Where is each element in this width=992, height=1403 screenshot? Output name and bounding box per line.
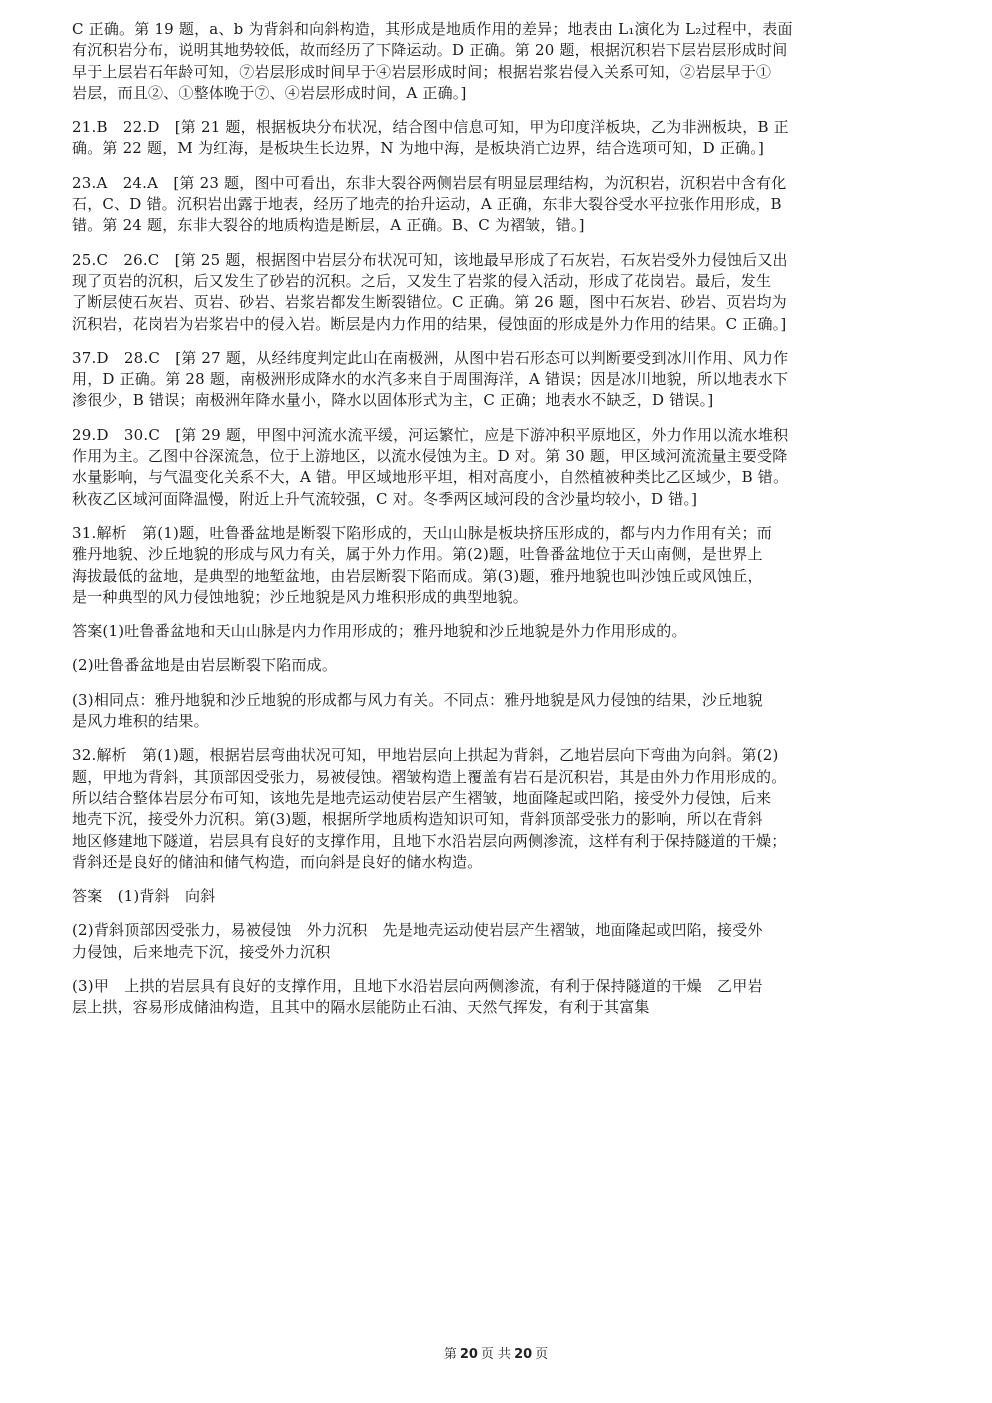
total-pages-number: 20: [514, 1347, 532, 1362]
text-line: 现了页岩的沉积，后又发生了砂岩的沉积。之后，又发生了岩浆的侵入活动，形成了花岗岩…: [72, 271, 880, 292]
footer-mid: 页 共: [481, 1347, 511, 1362]
text-line: 21.B 22.D [第 21 题，根据板块分布状况，结合图中信息可知，甲为印度…: [72, 117, 880, 138]
text-line: 有沉积岩分布，说明其地势较低，故而经历了下降运动。D 正确。第 20 题，根据沉…: [72, 40, 880, 61]
current-page-number: 20: [460, 1347, 478, 1362]
text-line: 是风力堆积的结果。: [72, 711, 880, 732]
text-line: (3)相同点：雅丹地貌和沙丘地貌的形成都与风力有关。不同点：雅丹地貌是风力侵蚀的…: [72, 690, 880, 711]
paragraph-q32-answer-2: (2)背斜顶部因受张力，易被侵蚀 外力沉积 先是地壳运动使岩层产生褶皱，地面隆起…: [72, 920, 880, 963]
text-line: 31.解析 第(1)题，吐鲁番盆地是断裂下陷形成的，天山山脉是板块挤压形成的，都…: [72, 523, 880, 544]
paragraph-q32-answer-1: 答案 (1)背斜 向斜: [72, 886, 880, 907]
footer-prefix: 第: [444, 1347, 457, 1362]
text-line: 作用为主。乙图中谷深流急，位于上游地区，以流水侵蚀为主。D 对。第 30 题，甲…: [72, 446, 880, 467]
paragraph-q31-analysis: 31.解析 第(1)题，吐鲁番盆地是断裂下陷形成的，天山山脉是板块挤压形成的，都…: [72, 523, 880, 608]
page-footer: 第20页 共20页: [0, 1343, 992, 1362]
text-line: 用，D 正确。第 28 题，南极洲形成降水的水汽多来自于周围海洋，A 错误；因是…: [72, 369, 880, 390]
paragraph-q19-20: C 正确。第 19 题，a、b 为背斜和向斜构造，其形成是地质作用的差异；地表由…: [72, 19, 880, 104]
footer-suffix: 页: [535, 1347, 548, 1362]
text-line: 早于上层岩石年龄可知，⑦岩层形成时间早于④岩层形成时间；根据岩浆岩侵入关系可知，…: [72, 62, 880, 83]
text-line: 背斜还是良好的储油和储气构造，而向斜是良好的储水构造。: [72, 852, 880, 873]
paragraph-q29-30: 29.D 30.C [第 29 题，甲图中河流水流平缓，河运繁忙，应是下游冲积平…: [72, 425, 880, 510]
text-line: 秋夜乙区域河面降温慢，附近上升气流较强，C 对。冬季两区域河段的含沙量均较小，D…: [72, 489, 880, 510]
text-line: 所以结合整体岩层分布可知，该地先是地壳运动使岩层产生褶皱，地面隆起或凹陷，接受外…: [72, 788, 880, 809]
text-line: 29.D 30.C [第 29 题，甲图中河流水流平缓，河运繁忙，应是下游冲积平…: [72, 425, 880, 446]
text-line: 力侵蚀，后来地壳下沉，接受外力沉积: [72, 942, 880, 963]
text-line: 雅丹地貌、沙丘地貌的形成与风力有关，属于外力作用。第(2)题，吐鲁番盆地位于天山…: [72, 544, 880, 565]
paragraph-q23-24: 23.A 24.A [第 23 题，图中可看出，东非大裂谷两侧岩层有明显层理结构…: [72, 173, 880, 237]
text-line: (2)吐鲁番盆地是由岩层断裂下陷而成。: [72, 655, 880, 676]
document-page: C 正确。第 19 题，a、b 为背斜和向斜构造，其形成是地质作用的差异；地表由…: [72, 19, 880, 1032]
text-line: 是一种典型的风力侵蚀地貌；沙丘地貌是风力堆积形成的典型地貌。: [72, 587, 880, 608]
paragraph-q31-answer-3: (3)相同点：雅丹地貌和沙丘地貌的形成都与风力有关。不同点：雅丹地貌是风力侵蚀的…: [72, 690, 880, 733]
text-line: 确。第 22 题，M 为红海，是板块生长边界，N 为地中海，是板块消亡边界，结合…: [72, 138, 880, 159]
text-line: 海拔最低的盆地，是典型的地堑盆地，由岩层断裂下陷而成。第(3)题，雅丹地貌也叫沙…: [72, 566, 880, 587]
text-line: 岩层，而且②、①整体晚于⑦、④岩层形成时间，A 正确。]: [72, 83, 880, 104]
text-line: 层上拱，容易形成储油构造，且其中的隔水层能防止石油、天然气挥发，有利于其富集: [72, 997, 880, 1018]
text-line: 水量影响，与气温变化关系不大，A 错。甲区域地形平坦，相对高度小，自然植被种类比…: [72, 467, 880, 488]
text-line: 32.解析 第(1)题，根据岩层弯曲状况可知，甲地岩层向上拱起为背斜，乙地岩层向…: [72, 745, 880, 766]
text-line: 地壳下沉，接受外力沉积。第(3)题，根据所学地质构造知识可知，背斜顶部受张力的影…: [72, 809, 880, 830]
text-line: 37.D 28.C [第 27 题，从经纬度判定此山在南极洲，从图中岩石形态可以…: [72, 348, 880, 369]
text-line: 石，C、D 错。沉积岩出露于地表，经历了地壳的抬升运动，A 正确，东非大裂谷受水…: [72, 194, 880, 215]
text-line: 答案(1)吐鲁番盆地和天山山脉是内力作用形成的；雅丹地貌和沙丘地貌是外力作用形成…: [72, 621, 880, 642]
paragraph-q25-26: 25.C 26.C [第 25 题，根据图中岩层分布状况可知，该地最早形成了石灰…: [72, 250, 880, 335]
text-line: 错。第 24 题，东非大裂谷的地质构造是断层，A 正确。B、C 为褶皱，错。]: [72, 215, 880, 236]
text-line: 渗很少，B 错误；南极洲年降水量小，降水以固体形式为主，C 正确；地表水不缺乏，…: [72, 390, 880, 411]
paragraph-q32-analysis: 32.解析 第(1)题，根据岩层弯曲状况可知，甲地岩层向上拱起为背斜，乙地岩层向…: [72, 745, 880, 873]
text-line: 地区修建地下隧道，岩层具有良好的支撑作用，且地下水沿岩层向两侧渗流，这样有利于保…: [72, 831, 880, 852]
text-line: (3)甲 上拱的岩层具有良好的支撑作用，且地下水沿岩层向两侧渗流，有利于保持隧道…: [72, 976, 880, 997]
text-line: C 正确。第 19 题，a、b 为背斜和向斜构造，其形成是地质作用的差异；地表由…: [72, 19, 880, 40]
paragraph-q27-28: 37.D 28.C [第 27 题，从经纬度判定此山在南极洲，从图中岩石形态可以…: [72, 348, 880, 412]
text-line: 题，甲地为背斜，其顶部因受张力，易被侵蚀。褶皱构造上覆盖有岩石是沉积岩，其是由外…: [72, 767, 880, 788]
text-line: 23.A 24.A [第 23 题，图中可看出，东非大裂谷两侧岩层有明显层理结构…: [72, 173, 880, 194]
paragraph-q31-answer-1: 答案(1)吐鲁番盆地和天山山脉是内力作用形成的；雅丹地貌和沙丘地貌是外力作用形成…: [72, 621, 880, 642]
text-line: (2)背斜顶部因受张力，易被侵蚀 外力沉积 先是地壳运动使岩层产生褶皱，地面隆起…: [72, 920, 880, 941]
paragraph-q21-22: 21.B 22.D [第 21 题，根据板块分布状况，结合图中信息可知，甲为印度…: [72, 117, 880, 160]
text-line: 沉积岩，花岗岩为岩浆岩中的侵入岩。断层是内力作用的结果，侵蚀面的形成是外力作用的…: [72, 314, 880, 335]
text-line: 25.C 26.C [第 25 题，根据图中岩层分布状况可知，该地最早形成了石灰…: [72, 250, 880, 271]
paragraph-q31-answer-2: (2)吐鲁番盆地是由岩层断裂下陷而成。: [72, 655, 880, 676]
text-line: 了断层使石灰岩、页岩、砂岩、岩浆岩都发生断裂错位。C 正确。第 26 题，图中石…: [72, 292, 880, 313]
text-line: 答案 (1)背斜 向斜: [72, 886, 880, 907]
paragraph-q32-answer-3: (3)甲 上拱的岩层具有良好的支撑作用，且地下水沿岩层向两侧渗流，有利于保持隧道…: [72, 976, 880, 1019]
